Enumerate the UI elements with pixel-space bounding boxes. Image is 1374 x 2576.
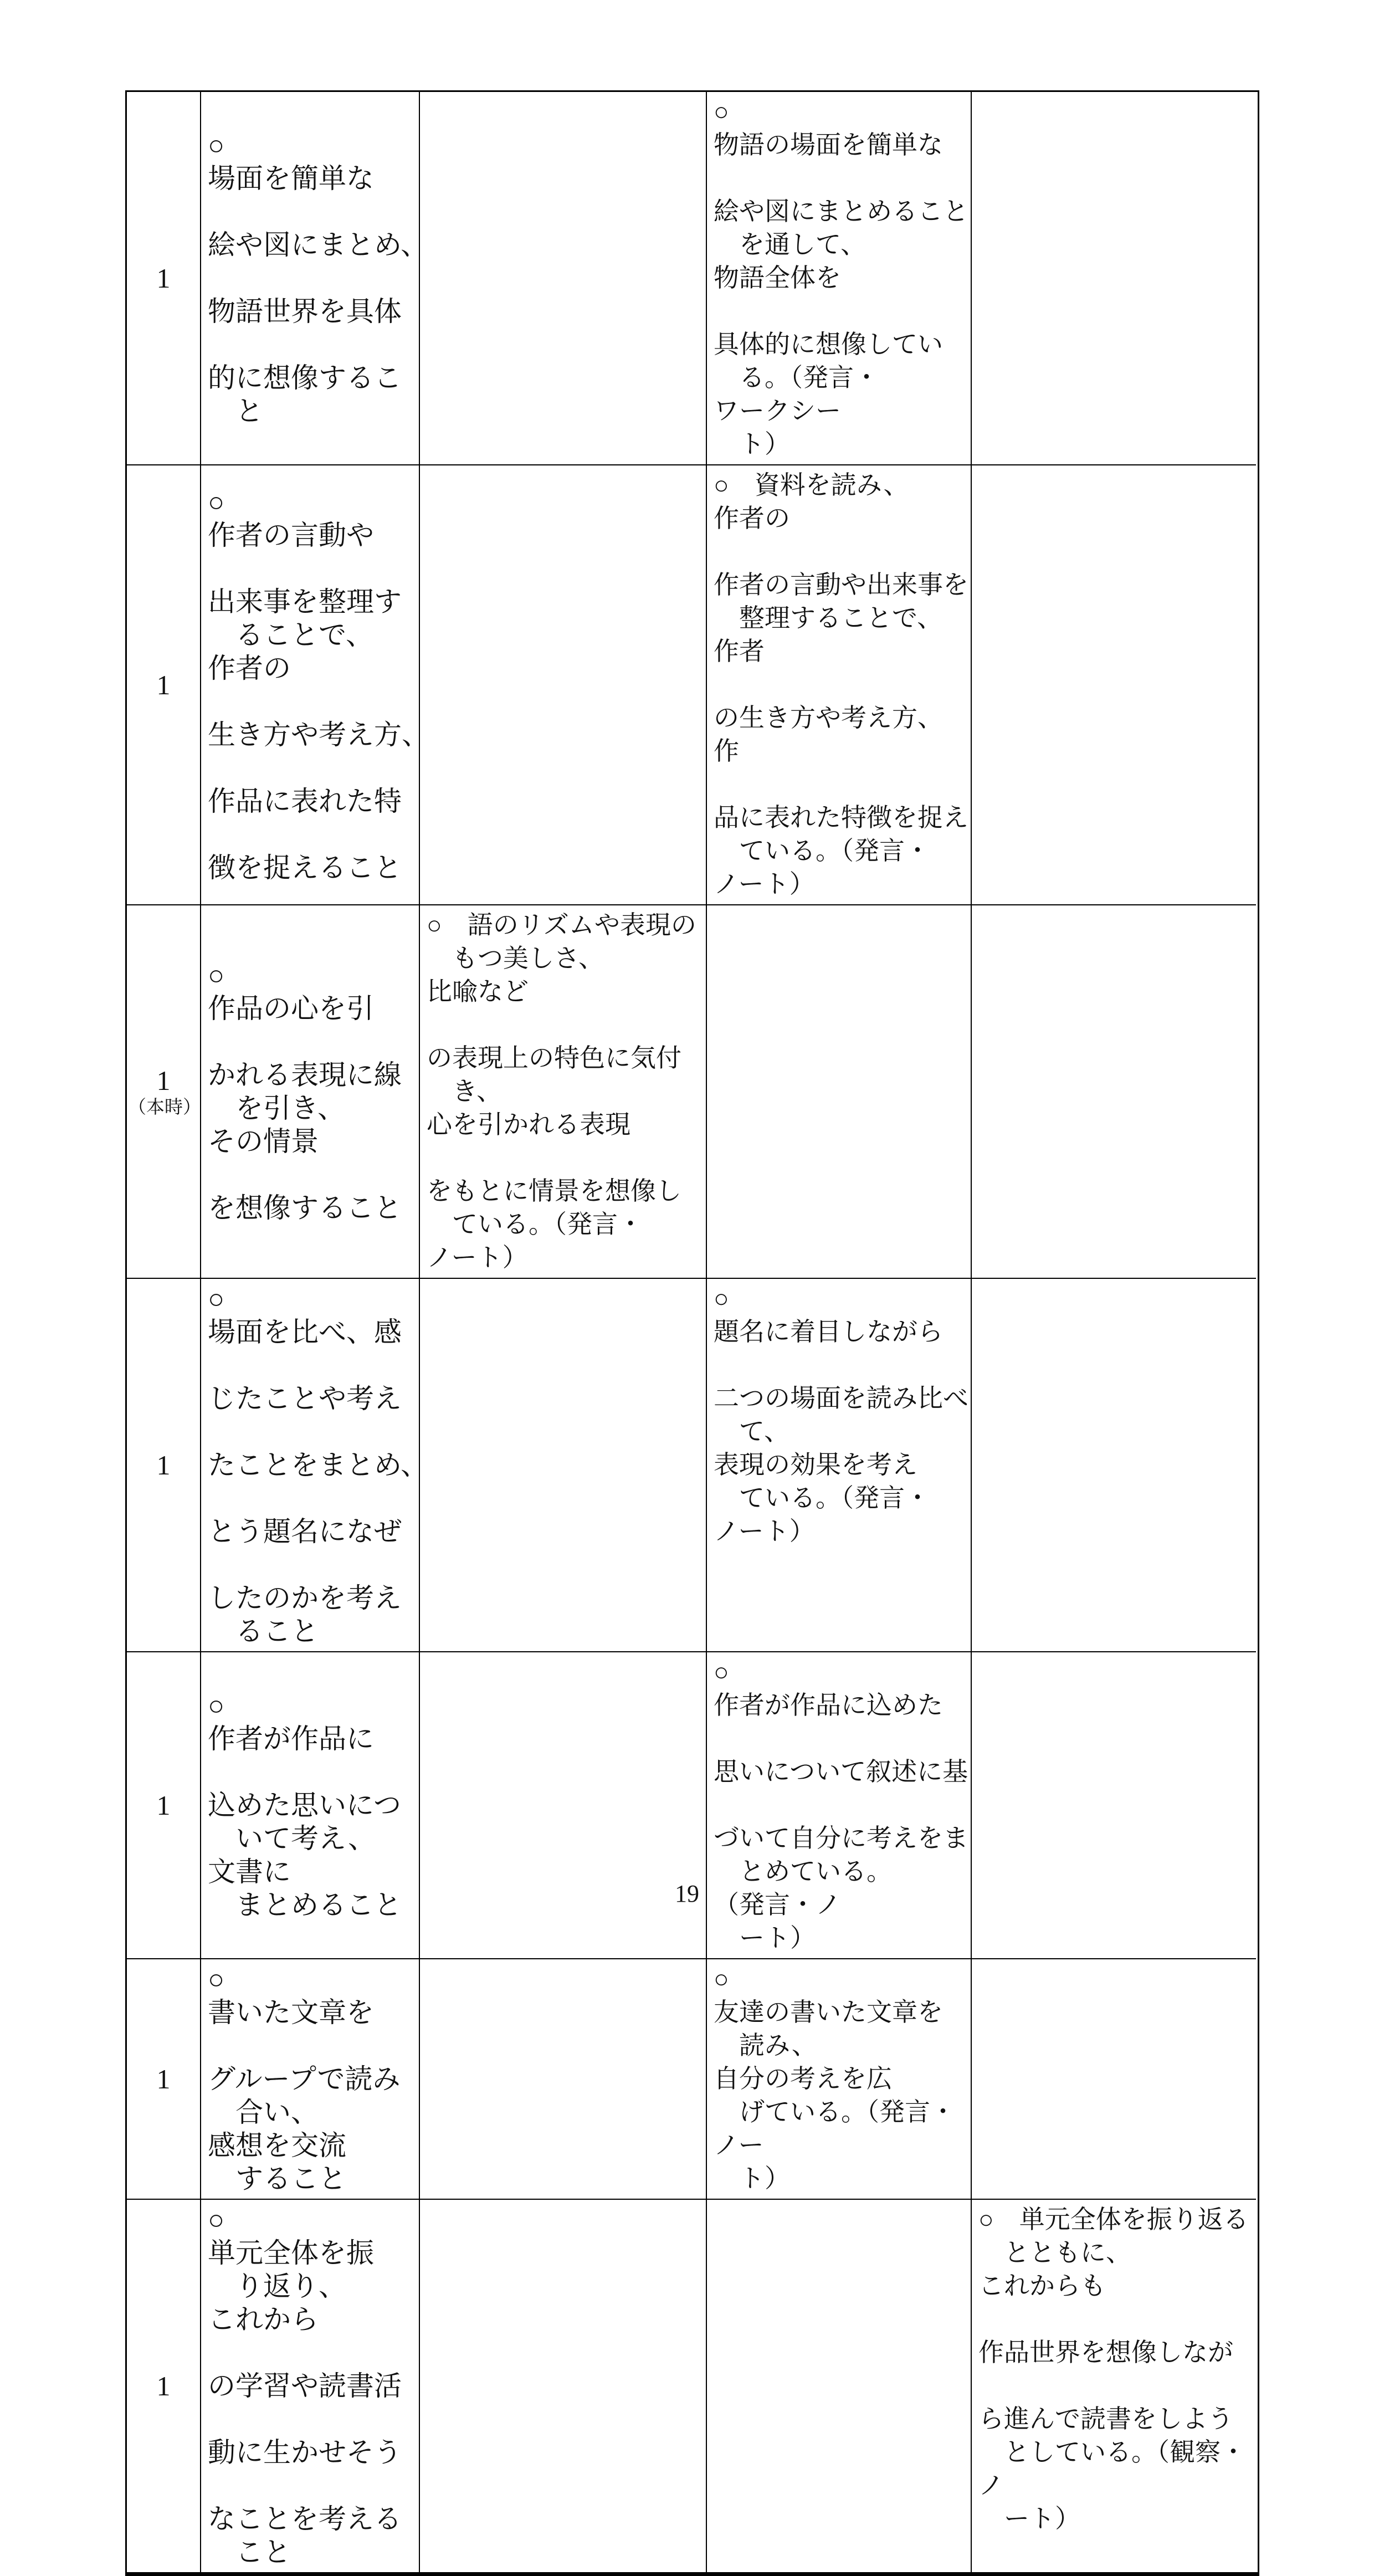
evaluation-mid-cell: [420, 2200, 707, 2572]
activity-text: ○ 単元全体を振 り返り、これから の学習や読書活 動に生かせそう なことを考え…: [208, 2203, 414, 2569]
evaluation-final-cell: [972, 905, 1256, 1279]
activity-text: ○ 場面を比べ、感 じたことや考え たことをまとめ、 とう題名になぜ したのかを…: [208, 1282, 414, 1648]
activity-cell: ○ 場面を比べ、感 じたことや考え たことをまとめ、 とう題名になぜ したのかを…: [201, 1279, 420, 1652]
evaluation-main-cell: ○ 題名に着目しながら 二つの場面を読み比べ て、表現の効果を考え ている。（発…: [707, 1279, 972, 1652]
evaluation-final-cell: [972, 1652, 1256, 1959]
evaluation-mid-cell: [420, 465, 707, 905]
table-row: 1 ○ 作者が作品に 込めた思いにつ いて考え、文書に まとめること ○ 作者が…: [127, 1652, 1258, 1959]
activity-cell: ○ 作者が作品に 込めた思いにつ いて考え、文書に まとめること: [201, 1652, 420, 1959]
evaluation-mid-cell: [420, 92, 707, 465]
unit-plan-table: 1 ○ 場面を簡単な 絵や図にまとめ、 物語世界を具体 的に想像するこ と ○ …: [125, 90, 1259, 2576]
table-row-honji: 1 （本時） ○ 作品の心を引 かれる表現に線 を引き、その情景 を想像すること…: [127, 905, 1258, 1279]
activity-cell: ○ 作品の心を引 かれる表現に線 を引き、その情景 を想像すること: [201, 905, 420, 1279]
hours-cell: 1: [127, 1959, 201, 2200]
hours-cell: 1: [127, 465, 201, 905]
evaluation-main-cell: ○ 物語の場面を簡単な 絵や図にまとめること を通して、物語全体を 具体的に想像…: [707, 92, 972, 465]
evaluation-main-text: ○ 作者が作品に込めた 思いについて叙述に基 づいて自分に考えをま とめている。…: [714, 1656, 966, 1955]
hours-cell: 1: [127, 2200, 201, 2572]
activity-cell: ○ 単元全体を振 り返り、これから の学習や読書活 動に生かせそう なことを考え…: [201, 2200, 420, 2572]
hours-value: 1: [157, 1064, 171, 1097]
activity-cell: ○ 書いた文章を グループで読み 合い、感想を交流 すること: [201, 1959, 420, 2200]
activity-text: ○ 作品の心を引 かれる表現に線 を引き、その情景 を想像すること: [208, 959, 414, 1225]
hours-cell: 1 （本時）: [127, 905, 201, 1279]
activity-cell: ○ 作者の言動や 出来事を整理す ることで、作者の 生き方や考え方、 作品に表れ…: [201, 465, 420, 905]
evaluation-final-cell: [972, 92, 1256, 465]
table-row: 1 ○ 作者の言動や 出来事を整理す ることで、作者の 生き方や考え方、 作品に…: [127, 465, 1258, 905]
evaluation-main-cell: ○ 資料を読み、作者の 作者の言動や出来事を 整理することで、作者 の生き方や考…: [707, 465, 972, 905]
evaluation-final-text: ○ 単元全体を振り返る とともに、これからも 作品世界を想像しなが ら進んで読書…: [978, 2203, 1252, 2536]
table-row: 1 ○ 書いた文章を グループで読み 合い、感想を交流 すること ○ 友達の書い…: [127, 1959, 1258, 2200]
hours-value: 1: [157, 1789, 171, 1821]
document-page: 1 ○ 場面を簡単な 絵や図にまとめ、 物語世界を具体 的に想像するこ と ○ …: [0, 0, 1374, 1943]
hours-cell: 1: [127, 1652, 201, 1959]
hours-cell: 1: [127, 1279, 201, 1652]
table-row: 1 ○ 場面を比べ、感 じたことや考え たことをまとめ、 とう題名になぜ したの…: [127, 1279, 1258, 1652]
evaluation-main-cell: [707, 2200, 972, 2572]
table-row: 1 ○ 単元全体を振 り返り、これから の学習や読書活 動に生かせそう なことを…: [127, 2200, 1258, 2572]
hours-note: （本時）: [128, 1097, 199, 1119]
activity-text: ○ 作者の言動や 出来事を整理す ることで、作者の 生き方や考え方、 作品に表れ…: [208, 485, 414, 884]
hours-cell: 1: [127, 92, 201, 465]
evaluation-mid-cell: [420, 1959, 707, 2200]
activity-cell: ○ 場面を簡単な 絵や図にまとめ、 物語世界を具体 的に想像するこ と: [201, 92, 420, 465]
evaluation-main-cell: ○ 作者が作品に込めた 思いについて叙述に基 づいて自分に考えをま とめている。…: [707, 1652, 972, 1959]
evaluation-main-text: ○ 資料を読み、作者の 作者の言動や出来事を 整理することで、作者 の生き方や考…: [714, 469, 966, 901]
evaluation-main-text: ○ 題名に着目しながら 二つの場面を読み比べ て、表現の効果を考え ている。（発…: [714, 1282, 966, 1548]
activity-text: ○ 書いた文章を グループで読み 合い、感想を交流 すること: [208, 1963, 414, 2195]
evaluation-main-cell: ○ 友達の書いた文章を 読み、自分の考えを広 げている。（発言・ノー ト）: [707, 1959, 972, 2200]
activity-text: ○ 場面を簡単な 絵や図にまとめ、 物語世界を具体 的に想像するこ と: [208, 129, 414, 428]
hours-value: 1: [157, 669, 171, 701]
evaluation-main-text: ○ 物語の場面を簡単な 絵や図にまとめること を通して、物語全体を 具体的に想像…: [714, 95, 966, 461]
evaluation-final-cell: [972, 1959, 1256, 2200]
hours-value: 1: [157, 262, 171, 294]
evaluation-final-cell: [972, 465, 1256, 905]
evaluation-final-cell: [972, 1279, 1256, 1652]
evaluation-final-cell: ○ 単元全体を振り返る とともに、これからも 作品世界を想像しなが ら進んで読書…: [972, 2200, 1256, 2572]
hours-value: 1: [157, 1449, 171, 1481]
hours-value: 1: [157, 2063, 171, 2095]
page-number: 19: [0, 1879, 1374, 1908]
evaluation-mid-text: ○ 語のリズムや表現の もつ美しさ、比喩など の表現上の特色に気付 き、心を引か…: [427, 909, 701, 1274]
table-row: 1 ○ 場面を簡単な 絵や図にまとめ、 物語世界を具体 的に想像するこ と ○ …: [127, 92, 1258, 465]
evaluation-main-text: ○ 友達の書いた文章を 読み、自分の考えを広 げている。（発言・ノー ト）: [714, 1963, 966, 2195]
evaluation-mid-cell: ○ 語のリズムや表現の もつ美しさ、比喩など の表現上の特色に気付 き、心を引か…: [420, 905, 707, 1279]
evaluation-mid-cell: [420, 1652, 707, 1959]
evaluation-main-cell: [707, 905, 972, 1279]
evaluation-mid-cell: [420, 1279, 707, 1652]
hours-value: 1: [157, 2370, 171, 2402]
